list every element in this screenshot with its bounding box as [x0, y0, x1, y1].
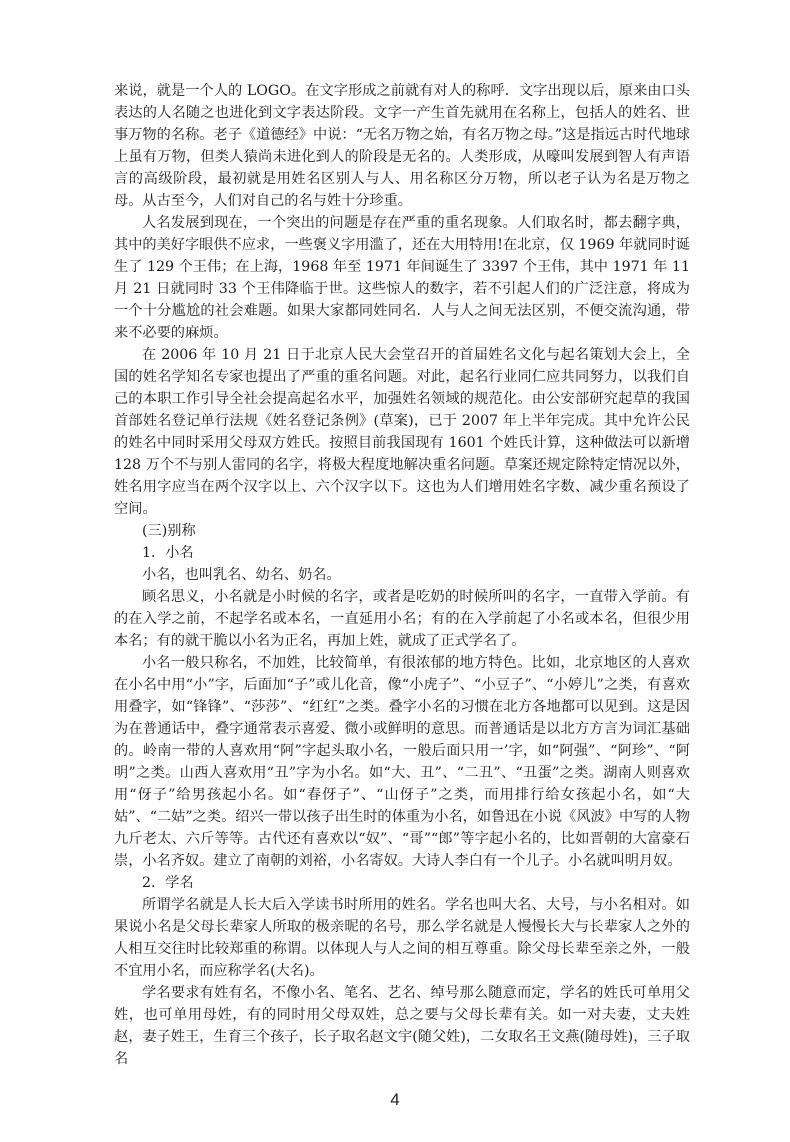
paragraph-school-name-requirements: 学名要求有姓有名，不像小名、笔名、艺名、绰号那么随意而定，学名的姓氏可单用父姓，… — [114, 982, 690, 1070]
page-number: 4 — [0, 1090, 790, 1110]
paragraph-duplicate-names: 人名发展到现在，一个突出的问题是存在严重的重名现象。人们取名时，都去翻字典，其中… — [114, 212, 690, 344]
subheading-school-name: 2．学名 — [114, 872, 690, 894]
paragraph-childhood-name-meaning: 顾名思义，小名就是小时候的名字，或者是吃奶的时候所叫的名字，一直带入学前。有的在… — [114, 586, 690, 652]
paragraph-childhood-name-definition: 小名，也叫乳名、幼名、奶名。 — [114, 564, 690, 586]
subheading-childhood-name: 1．小名 — [114, 542, 690, 564]
paragraph-naming-conference: 在 2006 年 10 月 21 日于北京人民大会堂召开的首届姓名文化与起名策划… — [114, 344, 690, 520]
paragraph-continued: 来说，就是一个人的 LOGO。在文字形成之前就有对人的称呼．文字出现以后，原来由… — [114, 80, 690, 212]
paragraph-school-name-definition: 所谓学名就是人长大后入学读书时所用的姓名。学名也叫大名、大号，与小名相对。如果说… — [114, 894, 690, 982]
document-page: 来说，就是一个人的 LOGO。在文字形成之前就有对人的称呼．文字出现以后，原来由… — [114, 80, 690, 1070]
section-heading-aliases: (三)别称 — [114, 520, 690, 542]
paragraph-regional-childhood-names: 小名一般只称名，不加姓，比较简单，有很浓郁的地方特色。比如，北京地区的人喜欢在小… — [114, 652, 690, 872]
